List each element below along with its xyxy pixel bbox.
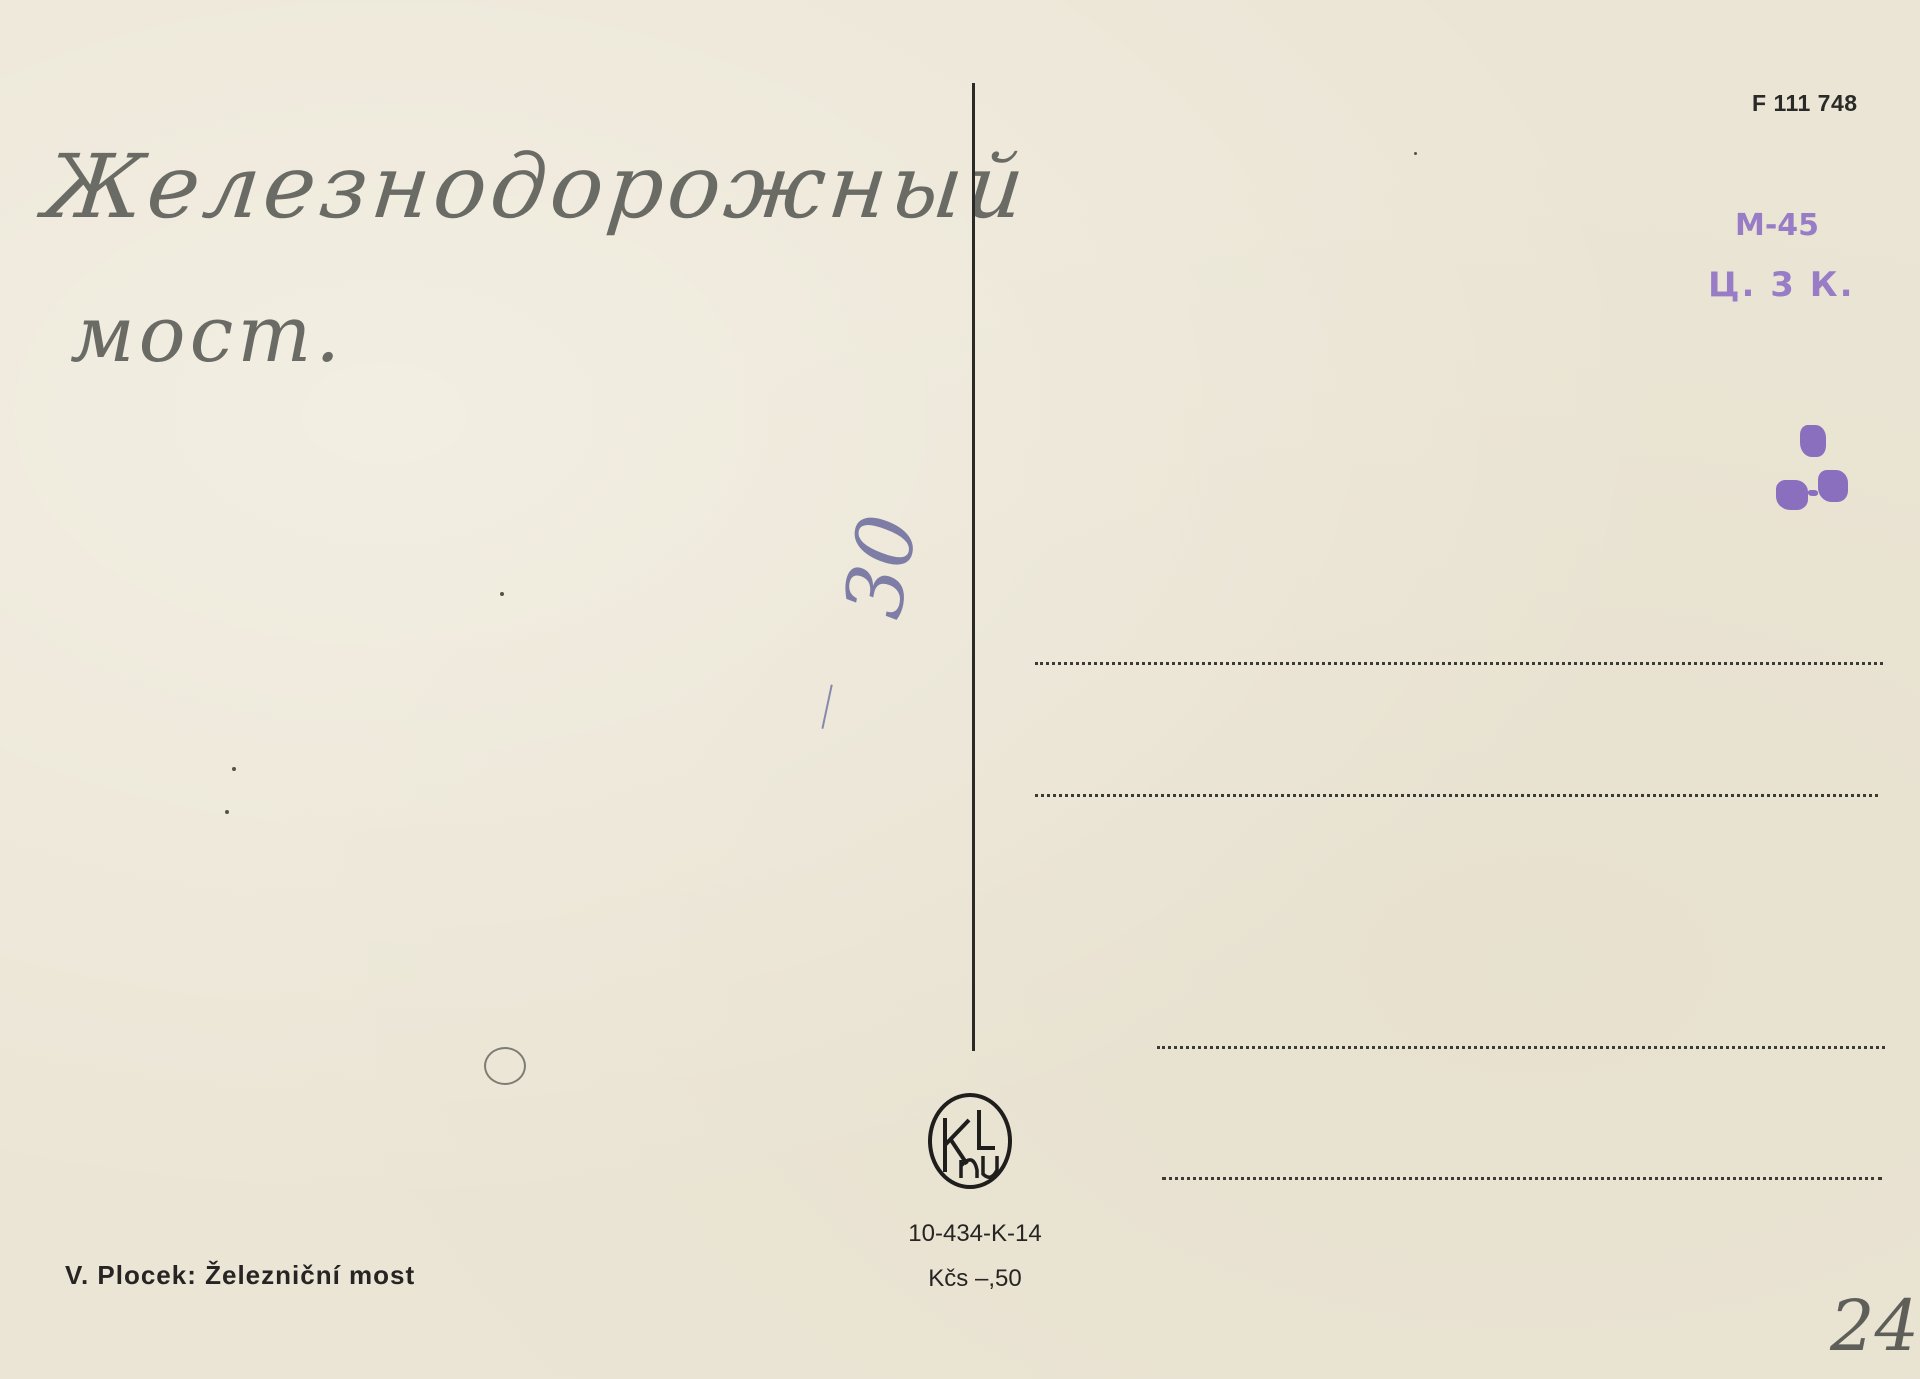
address-line-3 [1157,1046,1885,1049]
price-label: Kčs –,50 [895,1265,1055,1293]
price-stamp-line1: М-45 [1735,208,1819,243]
postcard-back: Железнодорожный мост. 30 F 111 748 М-45 … [0,0,1920,1379]
paper-speck [232,767,236,771]
center-divider [972,83,975,1051]
handwritten-circle-mark [484,1047,526,1085]
publisher-logo-icon [925,1090,1015,1192]
publisher-code: 10-434-K-14 [895,1220,1055,1248]
catalog-number: F 111 748 [1752,90,1858,117]
address-line-4 [1162,1177,1882,1180]
paper-speck [1414,152,1417,155]
handwritten-margin-number: 30 [826,508,935,624]
paper-speck [500,592,504,596]
address-line-1 [1035,662,1883,665]
handwritten-tick-mark [821,684,840,730]
address-line-2 [1035,794,1878,797]
handwritten-page-number: 24 [1830,1285,1919,1367]
handwritten-title-line2: мост. [70,290,344,380]
price-stamp-line2: Ц. 3 К. [1708,265,1855,305]
paper-speck [225,810,229,814]
image-caption: V. Plocek: Železniční most [65,1260,415,1291]
handwritten-title-line1: Железнодорожный [40,135,1033,238]
